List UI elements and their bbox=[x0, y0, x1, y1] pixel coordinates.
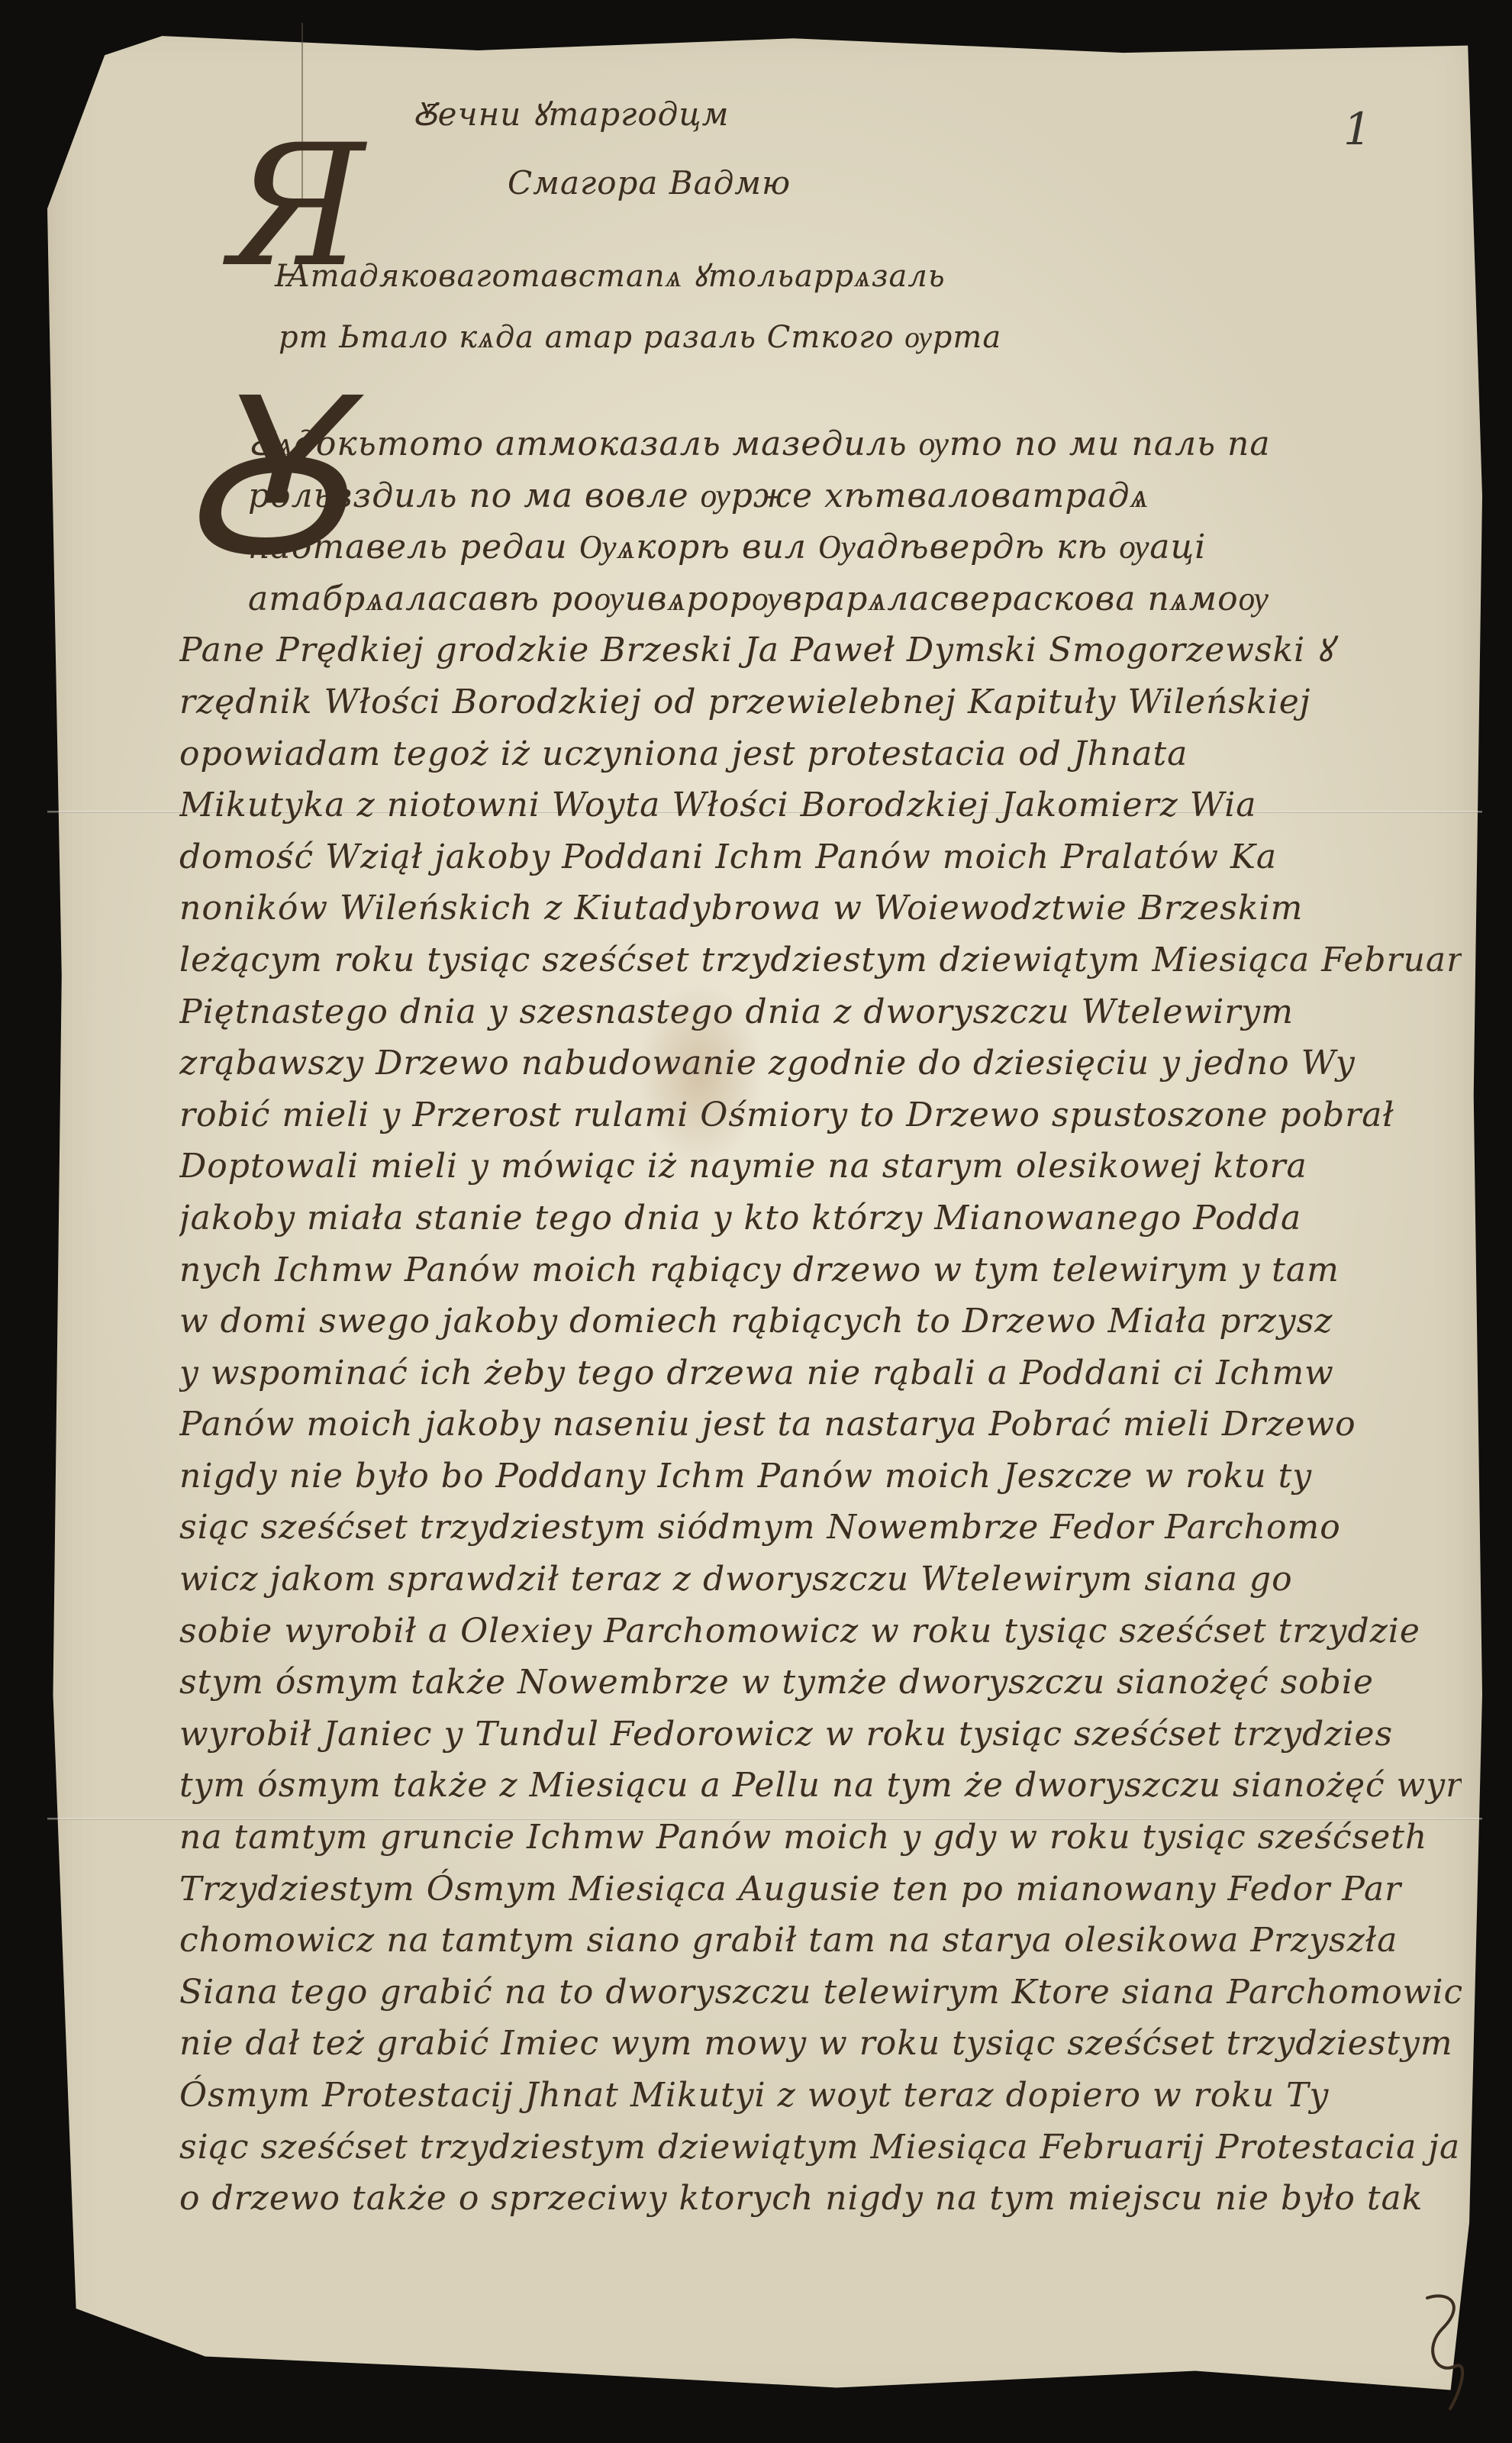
polish-line: jakoby miała stanie tego dnia y kto któr… bbox=[179, 1192, 1462, 1244]
polish-line: chomowicz na tamtym siano grabił tam na … bbox=[179, 1915, 1462, 1967]
cyrillic-line: пабтавель редаи Ѹѧкорѣ вил Ѹадѣвердѣ кѣ … bbox=[179, 521, 1462, 573]
polish-line: siąc sześćset trzydziestym dziewiątym Mi… bbox=[179, 2122, 1462, 2174]
page-number: 1 bbox=[1343, 103, 1372, 155]
polish-line: nigdy nie było bo Poddany Ichm Panów moi… bbox=[179, 1451, 1462, 1502]
polish-line: Piętnastego dnia y szesnastego dnia z dw… bbox=[179, 986, 1462, 1038]
polish-line: Mikutyka z niotowni Woyta Włości Borodzk… bbox=[179, 779, 1462, 831]
polish-line: na tamtym gruncie Ichmw Panów moich y gd… bbox=[179, 1812, 1462, 1864]
heading-line-1: Ꙋ҃ечни ꙋтаргодцм bbox=[412, 92, 729, 135]
polish-line: Pane Prędkiej grodzkie Brzeski Ja Paweł … bbox=[179, 624, 1462, 676]
polish-line: zrąbawszy Drzewo nabudowanie zgodnie do … bbox=[179, 1038, 1462, 1089]
polish-line: rzędnik Włości Borodzkiej od przewielebn… bbox=[179, 676, 1462, 728]
polish-line: domość Wziął jakoby Poddani Ichm Panów m… bbox=[179, 831, 1462, 883]
polish-line: nie dał też grabić Imiec wym mowy w roku… bbox=[179, 2018, 1462, 2070]
polish-line: sobie wyrobił a Olexiey Parchomowicz w r… bbox=[179, 1606, 1462, 1657]
polish-line: noników Wileńskich z Kiutadybrowa w Woie… bbox=[179, 883, 1462, 934]
polish-line: Siana tego grabić na to dworyszczu telew… bbox=[179, 1967, 1462, 2019]
cyrillic-line: Ꙋѧдокьтото атмоказаль мазедиль ѹто по ми… bbox=[179, 418, 1462, 470]
polish-line: Panów moich jakoby naseniu jest ta nasta… bbox=[179, 1399, 1462, 1451]
polish-line: Doptowali mieli y mówiąc iż naymie na st… bbox=[179, 1141, 1462, 1192]
heading-line-2: Смагора Вадмю bbox=[508, 164, 791, 202]
manuscript-body: Ꙋѧдокьтото атмоказаль мазедиль ѹто по ми… bbox=[179, 418, 1462, 2225]
polish-line: wyrobił Janiec y Tundul Fedorowicz w rok… bbox=[179, 1709, 1462, 1760]
polish-line: wicz jakom sprawdził teraz z dworyszczu … bbox=[179, 1554, 1462, 1606]
polish-line: Ósmym Protestacij Jhnat Mikutyi z woyt t… bbox=[179, 2070, 1462, 2122]
polish-line: opowiadam tegoż iż uczyniona jest protes… bbox=[179, 728, 1462, 780]
polish-line: siąc sześćset trzydziestym siódmym Nowem… bbox=[179, 1502, 1462, 1554]
polish-line: tym ósmym także z Miesiącu a Pellu na ty… bbox=[179, 1760, 1462, 1812]
polish-line: nych Ichmw Panów moich rąbiący drzewo w … bbox=[179, 1244, 1462, 1296]
intro-line-2: рт Ьтало кѧда атар разаль Сткого ѹрта bbox=[279, 319, 1001, 355]
intro-line-1: Ꙗтадяковаготавстапѧ ꙋтольаррѧзаль bbox=[275, 253, 946, 295]
cyrillic-line: атабрѧаласавѣ роѹивѧрорѹврарѧласверасков… bbox=[179, 573, 1462, 625]
cyrillic-line: рольвздиль по ма вовле ѹрже хѣтваловатра… bbox=[179, 470, 1462, 522]
polish-line: y wspominać ich żeby tego drzewa nie rąb… bbox=[179, 1347, 1462, 1399]
polish-line: robić mieli y Przerost rulami Ośmiory to… bbox=[179, 1089, 1462, 1141]
polish-line: Trzydziestym Ósmym Miesiąca Augusie ten … bbox=[179, 1864, 1462, 1915]
polish-line: stym ósmym także Nowembrze w tymże dwory… bbox=[179, 1657, 1462, 1709]
polish-line: o drzewo także o sprzeciwy ktorych nigdy… bbox=[179, 2173, 1462, 2225]
catchword-flourish-icon bbox=[1420, 2283, 1473, 2412]
polish-line: w domi swego jakoby domiech rąbiących to… bbox=[179, 1296, 1462, 1347]
polish-line: leżącym roku tysiąc sześćset trzydziesty… bbox=[179, 934, 1462, 986]
